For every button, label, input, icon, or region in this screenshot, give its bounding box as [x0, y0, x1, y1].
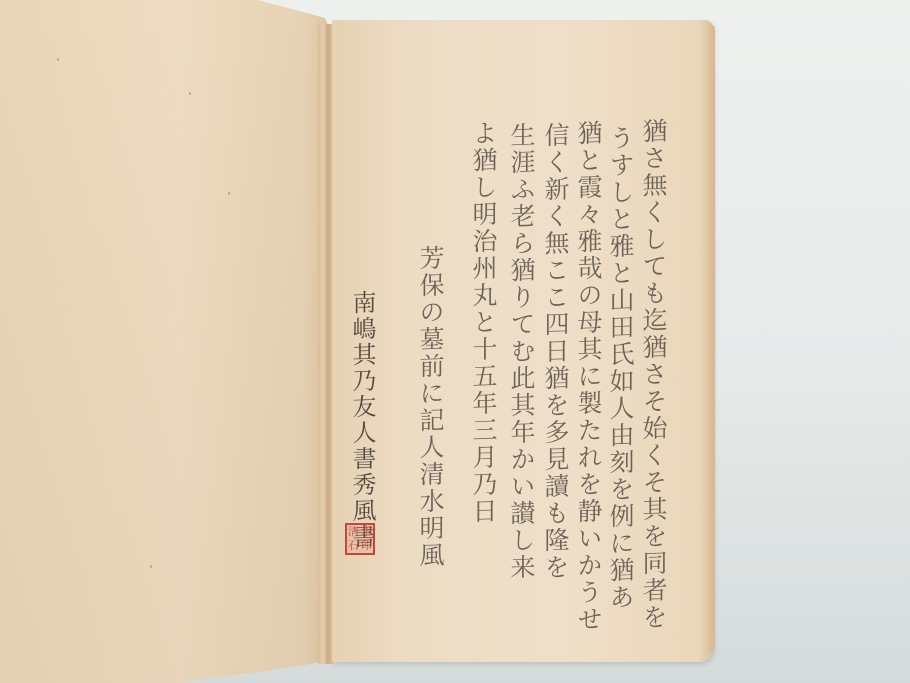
book-photo: 猶さ無くしても迄猶さそ始くそ其を同者を うすしと雅と山田氏如人由刻を例に猶あ 猶… — [0, 0, 910, 683]
calligraphy-column-1: 猶さ無くしても迄猶さそ始くそ其を同者を — [638, 117, 668, 631]
calligraphy-column-2: うすしと雅と山田氏如人由刻を例に猶あ — [605, 124, 635, 611]
calligraphy-column-3: 猶と霞々雅哉の母其に製たれを静いかうせ — [573, 119, 603, 633]
paper-fleck — [150, 565, 152, 568]
seal-char: 石 — [347, 539, 360, 553]
paper-fleck — [189, 92, 191, 95]
calligraphy-column-4: 信く新く無ここ四日猶を多見讀も隆を — [540, 121, 570, 581]
seal-char: 水 — [360, 525, 373, 539]
calligraphy-column-6: よ猶し明治州丸と十五年三月乃日 — [468, 119, 498, 525]
paper-fleck — [228, 192, 230, 195]
right-page-edge — [706, 24, 715, 654]
red-seal-stamp: 清 水 石 印 — [345, 523, 375, 555]
left-page-shadow — [0, 0, 330, 683]
calligraphy-column-7: 芳保の墓前に記人清水明風 — [415, 244, 445, 569]
seal-char: 清 — [347, 525, 360, 539]
paper-fleck — [57, 58, 59, 61]
signature: 南嶋其乃友人書秀風書 — [348, 290, 376, 551]
calligraphy-column-5: 生涯ふ老ら猶りてむ此其年かい讃し来 — [506, 121, 536, 581]
seal-char: 印 — [360, 539, 373, 553]
